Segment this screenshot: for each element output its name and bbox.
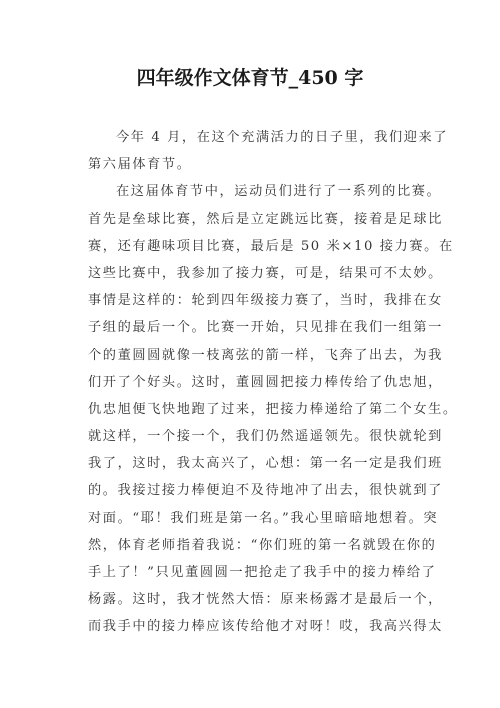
paragraph-line: 仇忠旭便飞快地跑了过来，把接力棒递给了第二个女生。: [88, 396, 414, 423]
document-page: 四年级作文体育节_450 字 今年 4 月，在这个充满活力的日子里，我们迎来了 …: [0, 0, 500, 708]
paragraph-line: 我了，这时，我太高兴了，心想：第一名一定是我们班: [88, 450, 414, 477]
paragraph-line: 手上了！”只见董圆圆一把抢走了我手中的接力棒给了: [88, 559, 414, 586]
document-title: 四年级作文体育节_450 字: [0, 64, 500, 92]
paragraph-line: 首先是垒球比赛，然后是立定跳远比赛，接着是足球比: [88, 206, 414, 233]
paragraph-line: 赛，还有趣味项目比赛，最后是 50 米×10 接力赛。在: [88, 233, 414, 260]
paragraph-line: 对面。“耶！我们班是第一名。”我心里暗暗地想着。突: [88, 505, 414, 532]
paragraph-line: 个的董圆圆就像一枝离弦的箭一样，飞奔了出去，为我: [88, 342, 414, 369]
paragraph-line: 杨露。这时，我才恍然大悟：原来杨露才是最后一个，: [88, 586, 414, 613]
paragraph-line: 然，体育老师指着我说：“你们班的第一名就毁在你的: [88, 532, 414, 559]
paragraph-line: 就这样，一个接一个，我们仍然遥遥领先。很快就轮到: [88, 423, 414, 450]
paragraph-line: 这些比赛中，我参加了接力赛，可是，结果可不太妙。: [88, 260, 414, 287]
document-body: 今年 4 月，在这个充满活力的日子里，我们迎来了 第六届体育节。 在这届体育节中…: [88, 124, 414, 641]
paragraph-line: 们开了个好头。这时，董圆圆把接力棒传给了仇忠旭，: [88, 369, 414, 396]
paragraph-line: 事情是这样的：轮到四年级接力赛了，当时，我排在女: [88, 287, 414, 314]
paragraph-line: 今年 4 月，在这个充满活力的日子里，我们迎来了: [88, 124, 414, 151]
paragraph-line: 在这届体育节中，运动员们进行了一系列的比赛。: [88, 178, 414, 205]
paragraph-line: 第六届体育节。: [88, 151, 414, 178]
paragraph-line: 的。我接过接力棒便迫不及待地冲了出去，很快就到了: [88, 477, 414, 504]
paragraph-line: 而我手中的接力棒应该传给他才对呀！哎，我高兴得太: [88, 613, 414, 640]
paragraph-line: 子组的最后一个。比赛一开始，只见排在我们一组第一: [88, 314, 414, 341]
